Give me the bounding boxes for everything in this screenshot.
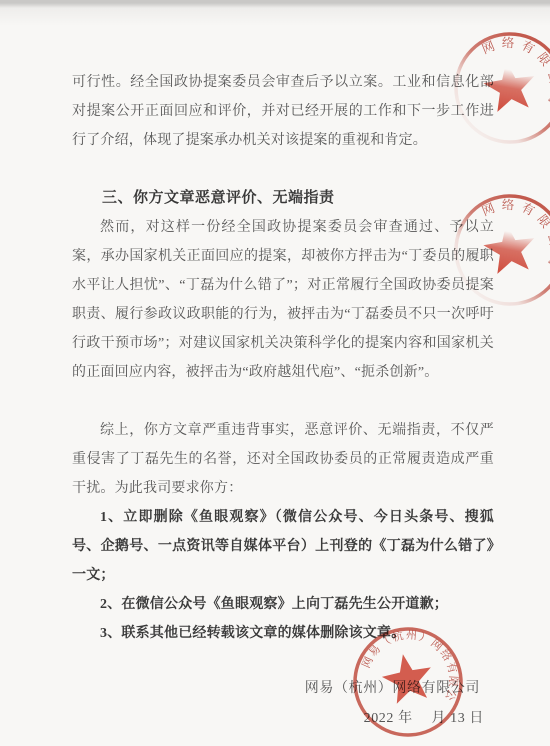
scan-edge-strip: [0, 0, 550, 26]
letter-body: 可行性。经全国政协提案委员会审查后予以立案。工业和信息化部对提案公开正面回应和评…: [72, 68, 494, 734]
demand-item-3: 3、联系其他已经转载该文章的媒体删除该文章。: [72, 619, 494, 648]
paragraph-summary: 综上，你方文章严重违背事实，恶意评价、无端指责，不仅严重侵害了丁磊先生的名誉，还…: [72, 416, 494, 503]
demand-item-1: 1、立即删除《鱼眼观察》（微信公众号、今日头条号、搜狐号、企鹅号、一点资讯等自媒…: [72, 503, 494, 590]
section-heading: 三、你方文章恶意评价、无端指责: [72, 184, 494, 213]
signature-date: 2022 年 月 13 日: [72, 704, 494, 734]
signature-block: 网易（杭州）网络有限公司 2022 年 月 13 日: [72, 674, 494, 734]
demand-item-2: 2、在微信公众号《鱼眼观察》上向丁磊先生公开道歉；: [72, 590, 494, 619]
signature-company: 网易（杭州）网络有限公司: [72, 674, 494, 704]
paragraph-continuation: 可行性。经全国政协提案委员会审查后予以立案。工业和信息化部对提案公开正面回应和评…: [72, 68, 494, 155]
paragraph-accusation: 然而，对这样一份经全国政协提案委员会审查通过、予以立案，承办国家机关正面回应的提…: [72, 213, 494, 387]
